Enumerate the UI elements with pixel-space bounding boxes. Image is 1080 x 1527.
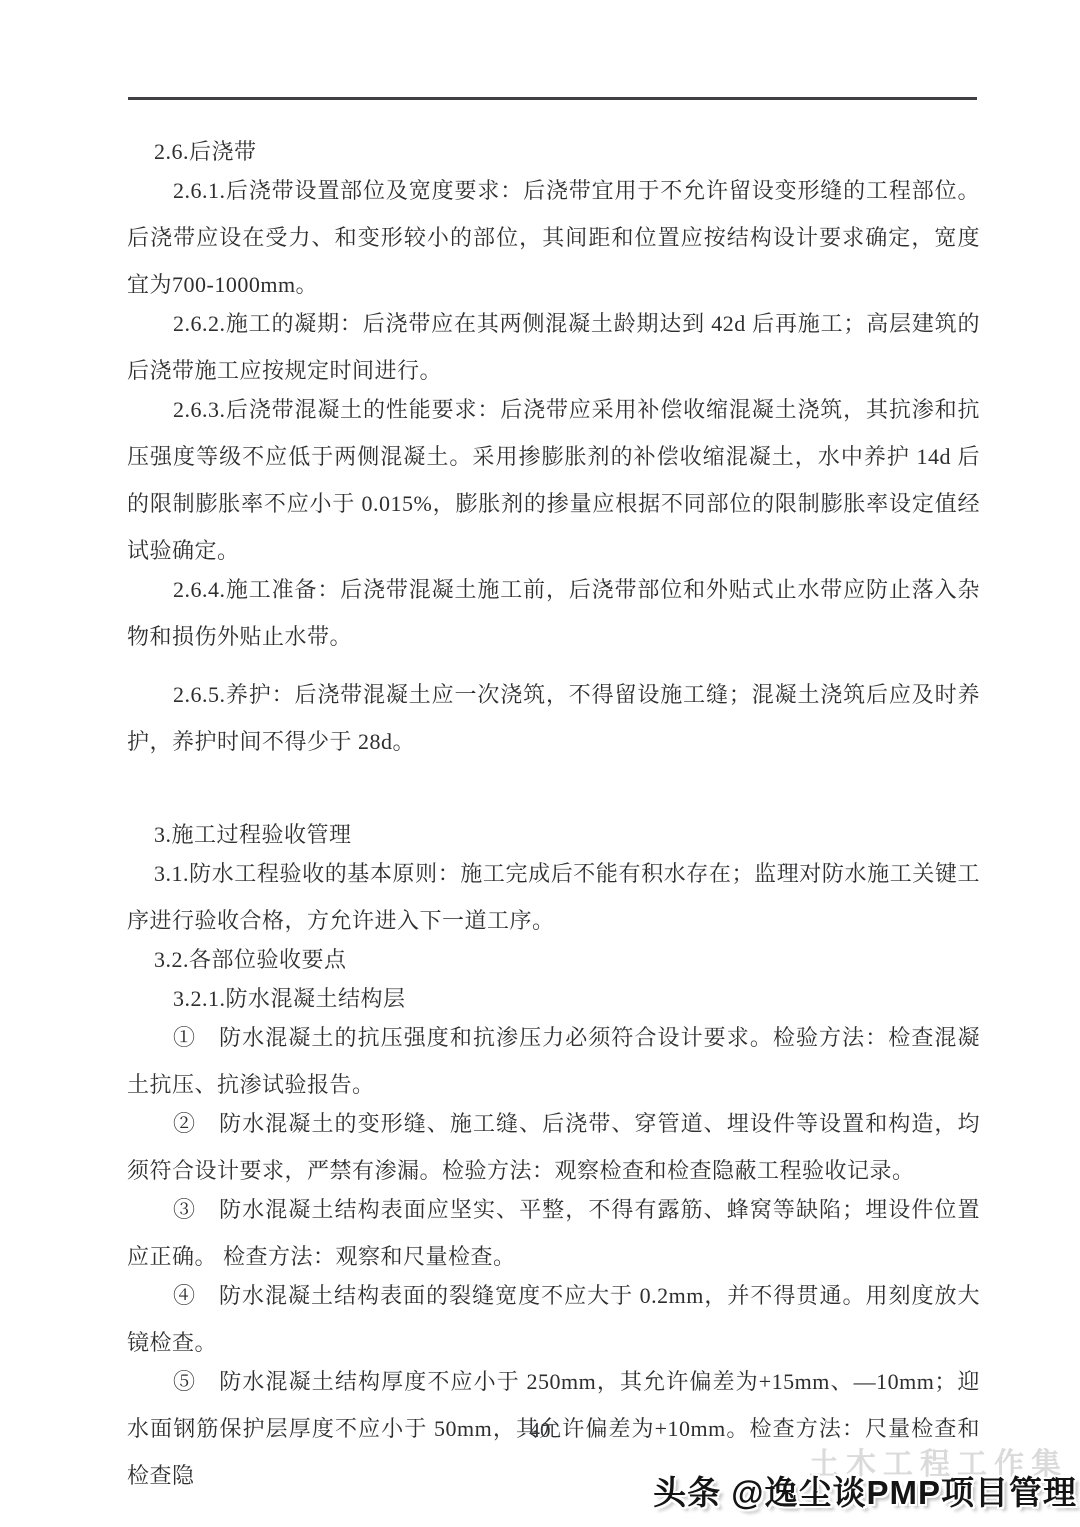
header-rule — [128, 97, 977, 100]
paragraph: 2.6.3.后浇带混凝土的性能要求：后浇带应采用补偿收缩混凝土浇筑，其抗渗和抗压… — [127, 386, 980, 574]
paragraph: 2.6.5.养护：后浇带混凝土应一次浇筑，不得留设施工缝；混凝土浇筑后应及时养护… — [127, 671, 980, 765]
document-page: 2.6.后浇带2.6.1.后浇带设置部位及宽度要求：后浇带宜用于不允许留设变形缝… — [0, 0, 1080, 1527]
document-body: 2.6.后浇带2.6.1.后浇带设置部位及宽度要求：后浇带宜用于不允许留设变形缝… — [127, 128, 980, 1499]
channel-watermark: 头条 @逸尘谈PMP项目管理 — [653, 1467, 1077, 1514]
paragraph: ④ 防水混凝土结构表面的裂缝宽度不应大于 0.2mm，并不得贯通。用刻度放大镜检… — [127, 1272, 980, 1366]
paragraph: ② 防水混凝土的变形缝、施工缝、后浇带、穿管道、埋设件等设置和构造，均须符合设计… — [127, 1100, 980, 1194]
paragraph: 3.1.防水工程验收的基本原则：施工完成后不能有积水存在；监理对防水施工关键工序… — [127, 850, 980, 944]
paragraph: ③ 防水混凝土结构表面应坚实、平整，不得有露筋、蜂窝等缺陷；埋设件位置应正确。 … — [127, 1186, 980, 1280]
paragraph: 2.6.1.后浇带设置部位及宽度要求：后浇带宜用于不允许留设变形缝的工程部位。后… — [127, 167, 980, 308]
paragraph: 2.6.2.施工的凝期：后浇带应在其两侧混凝土龄期达到 42d 后再施工；高层建… — [127, 300, 980, 394]
paragraph: ① 防水混凝土的抗压强度和抗渗压力必须符合设计要求。检验方法：检查混凝土抗压、抗… — [127, 1014, 980, 1108]
paragraph: 2.6.4.施工准备：后浇带混凝土施工前，后浇带部位和外贴式止水带应防止落入杂物… — [127, 566, 980, 660]
